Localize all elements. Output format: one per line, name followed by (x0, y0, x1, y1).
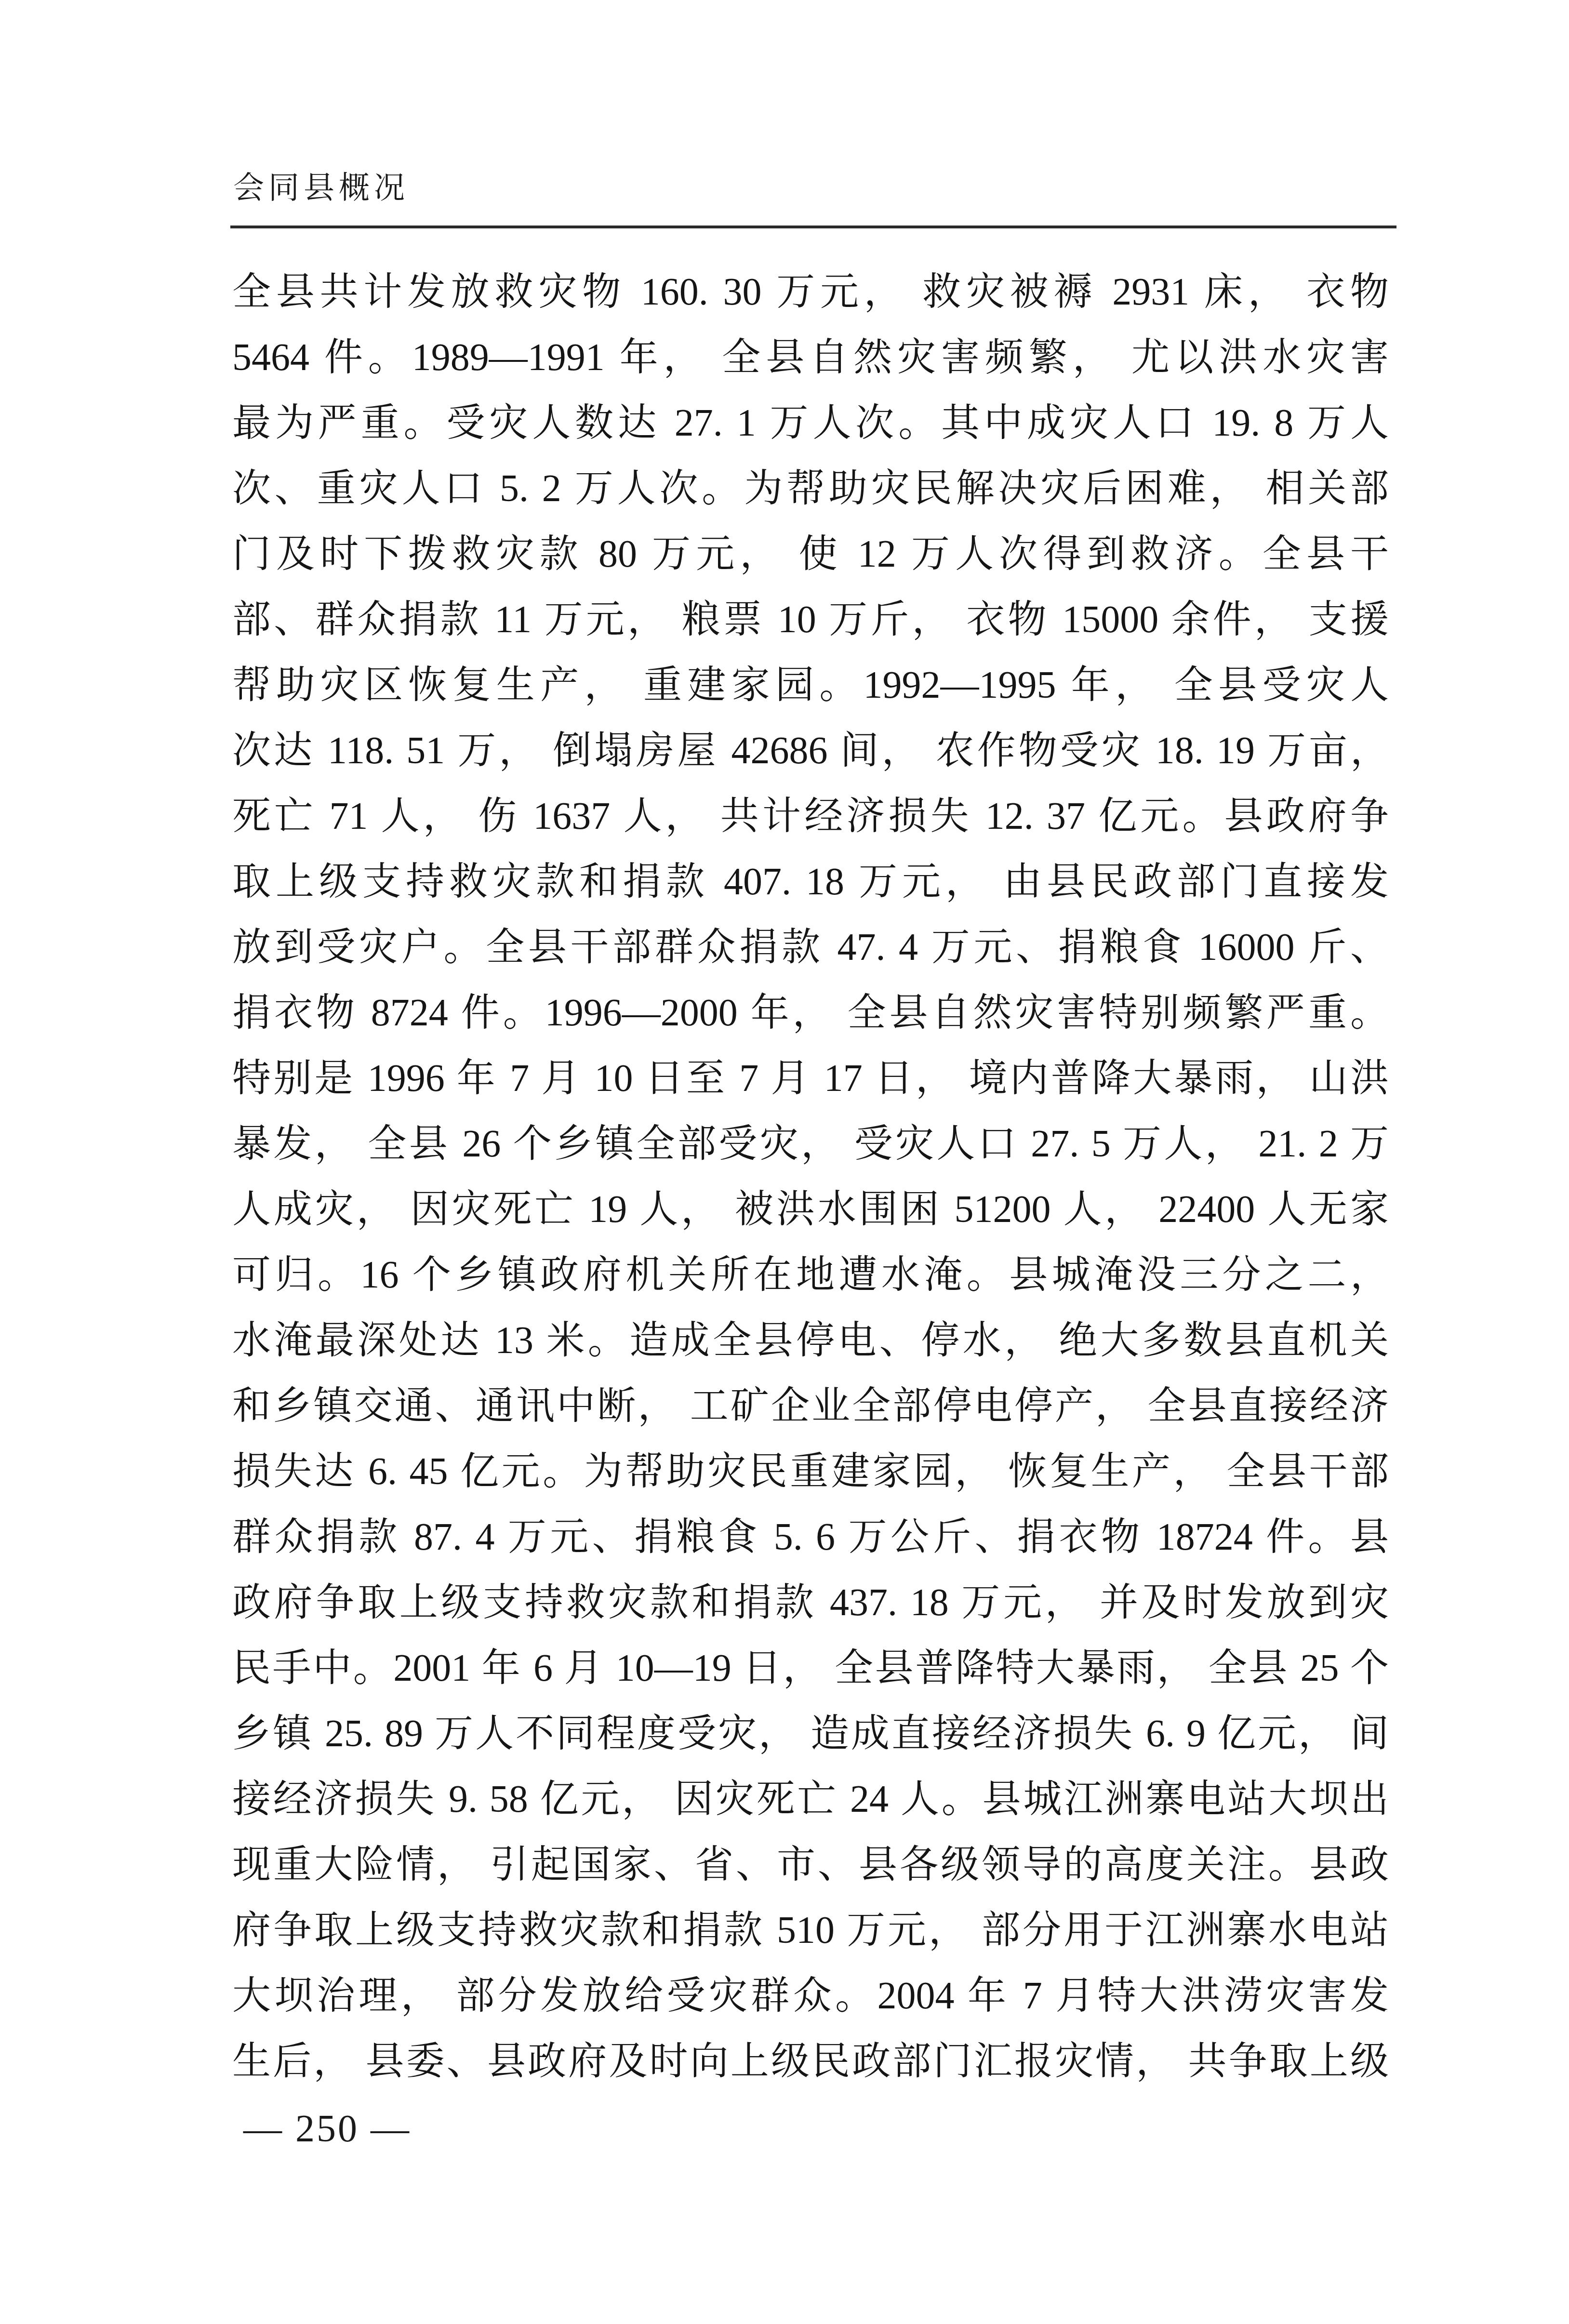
text-line: 乡镇 25. 89 万人不同程度受灾， 造成直接经济损失 6. 9 亿元， 间 (232, 1701, 1389, 1766)
header-rule (230, 226, 1396, 228)
text-line: 府争取上级支持救灾款和捐款 510 万元， 部分用于江洲寨水电站 (232, 1898, 1389, 1963)
text-line: 门及时下拨救灾款 80 万元， 使 12 万人次得到救济。全县干 (232, 521, 1389, 587)
text-line: 放到受灾户。全县干部群众捐款 47. 4 万元、捐粮食 16000 斤、 (232, 915, 1389, 980)
text-line: 接经济损失 9. 58 亿元， 因灾死亡 24 人。县城江洲寨电站大坝出 (232, 1766, 1389, 1832)
running-head-title: 会同县概况 (233, 170, 409, 206)
text-line: 捐衣物 8724 件。1996—2000 年， 全县自然灾害特别频繁严重。 (232, 980, 1389, 1046)
text-line: 现重大险情， 引起国家、省、市、县各级领导的高度关注。县政 (232, 1832, 1389, 1898)
text-line: 大坝治理， 部分发放给受灾群众。2004 年 7 月特大洪涝灾害发 (232, 1963, 1389, 2029)
text-line: 损失达 6. 45 亿元。为帮助灾民重建家园， 恢复生产， 全县干部 (232, 1439, 1389, 1504)
text-line: 次、重灾人口 5. 2 万人次。为帮助灾民解决灾后困难， 相关部 (232, 456, 1389, 521)
text-line: 特别是 1996 年 7 月 10 日至 7 月 17 日， 境内普降大暴雨， … (232, 1046, 1389, 1111)
text-line: 民手中。2001 年 6 月 10—19 日， 全县普降特大暴雨， 全县 25 … (232, 1635, 1389, 1701)
text-line: 次达 118. 51 万， 倒塌房屋 42686 间， 农作物受灾 18. 19… (232, 718, 1389, 784)
text-line: 5464 件。1989—1991 年， 全县自然灾害频繁， 尤以洪水灾害 (232, 325, 1389, 390)
text-line: 死亡 71 人， 伤 1637 人， 共计经济损失 12. 37 亿元。县政府争 (232, 784, 1389, 849)
text-line: 生后， 县委、县政府及时向上级民政部门汇报灾情， 共争取上级 (232, 2029, 1389, 2094)
text-line: 和乡镇交通、通讯中断， 工矿企业全部停电停产， 全县直接经济 (232, 1373, 1389, 1439)
text-line: 水淹最深处达 13 米。造成全县停电、停水， 绝大多数县直机关 (232, 1308, 1389, 1373)
text-line: 最为严重。受灾人数达 27. 1 万人次。其中成灾人口 19. 8 万人 (232, 390, 1389, 456)
body-text: 全县共计发放救灾物 160. 30 万元， 救灾被褥 2931 床， 衣物546… (232, 259, 1389, 2094)
page-number: — 250 — (243, 2105, 411, 2153)
text-line: 暴发， 全县 26 个乡镇全部受灾， 受灾人口 27. 5 万人， 21. 2 … (232, 1111, 1389, 1177)
text-line: 部、群众捐款 11 万元， 粮票 10 万斤， 衣物 15000 余件， 支援 (232, 587, 1389, 652)
text-line: 全县共计发放救灾物 160. 30 万元， 救灾被褥 2931 床， 衣物 (232, 259, 1389, 325)
text-line: 可归。16 个乡镇政府机关所在地遭水淹。县城淹没三分之二， (232, 1242, 1389, 1308)
text-line: 人成灾， 因灾死亡 19 人， 被洪水围困 51200 人， 22400 人无家 (232, 1177, 1389, 1242)
book-page: 会同县概况 全县共计发放救灾物 160. 30 万元， 救灾被褥 2931 床，… (0, 0, 1569, 2324)
text-line: 取上级支持救灾款和捐款 407. 18 万元， 由县民政部门直接发 (232, 849, 1389, 915)
text-line: 群众捐款 87. 4 万元、捐粮食 5. 6 万公斤、捐衣物 18724 件。县 (232, 1504, 1389, 1570)
text-line: 政府争取上级支持救灾款和捐款 437. 18 万元， 并及时发放到灾 (232, 1570, 1389, 1635)
text-line: 帮助灾区恢复生产， 重建家园。1992—1995 年， 全县受灾人 (232, 652, 1389, 718)
